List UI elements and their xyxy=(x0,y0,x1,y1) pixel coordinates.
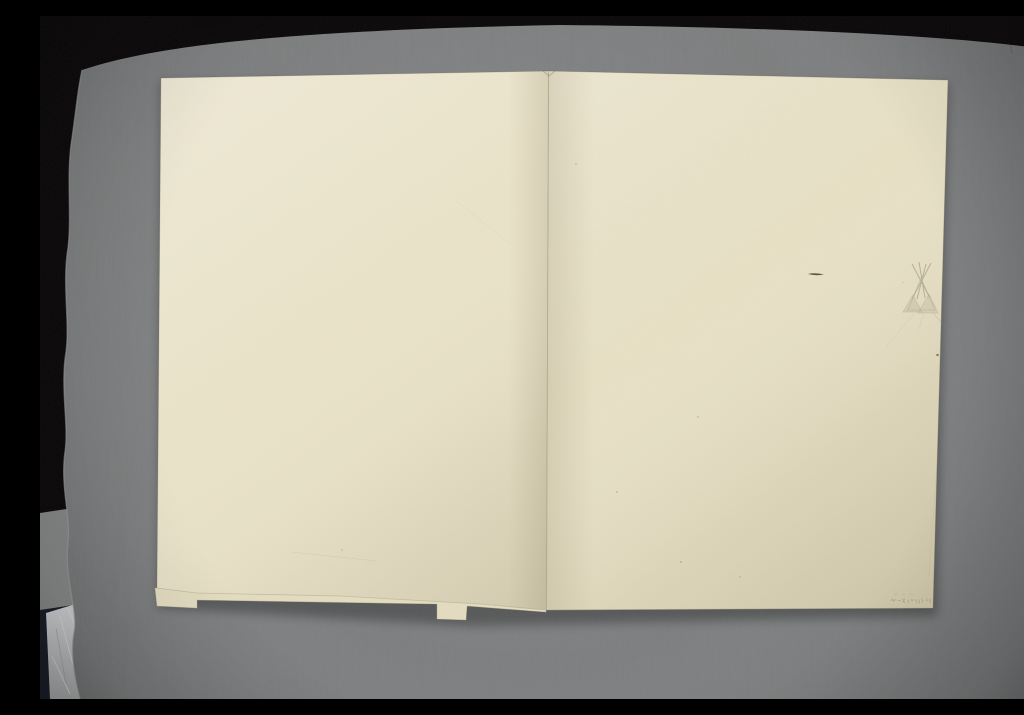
photo-canvas xyxy=(40,16,1024,699)
vignette-overlay xyxy=(40,16,1024,699)
archival-photograph xyxy=(40,16,1024,699)
